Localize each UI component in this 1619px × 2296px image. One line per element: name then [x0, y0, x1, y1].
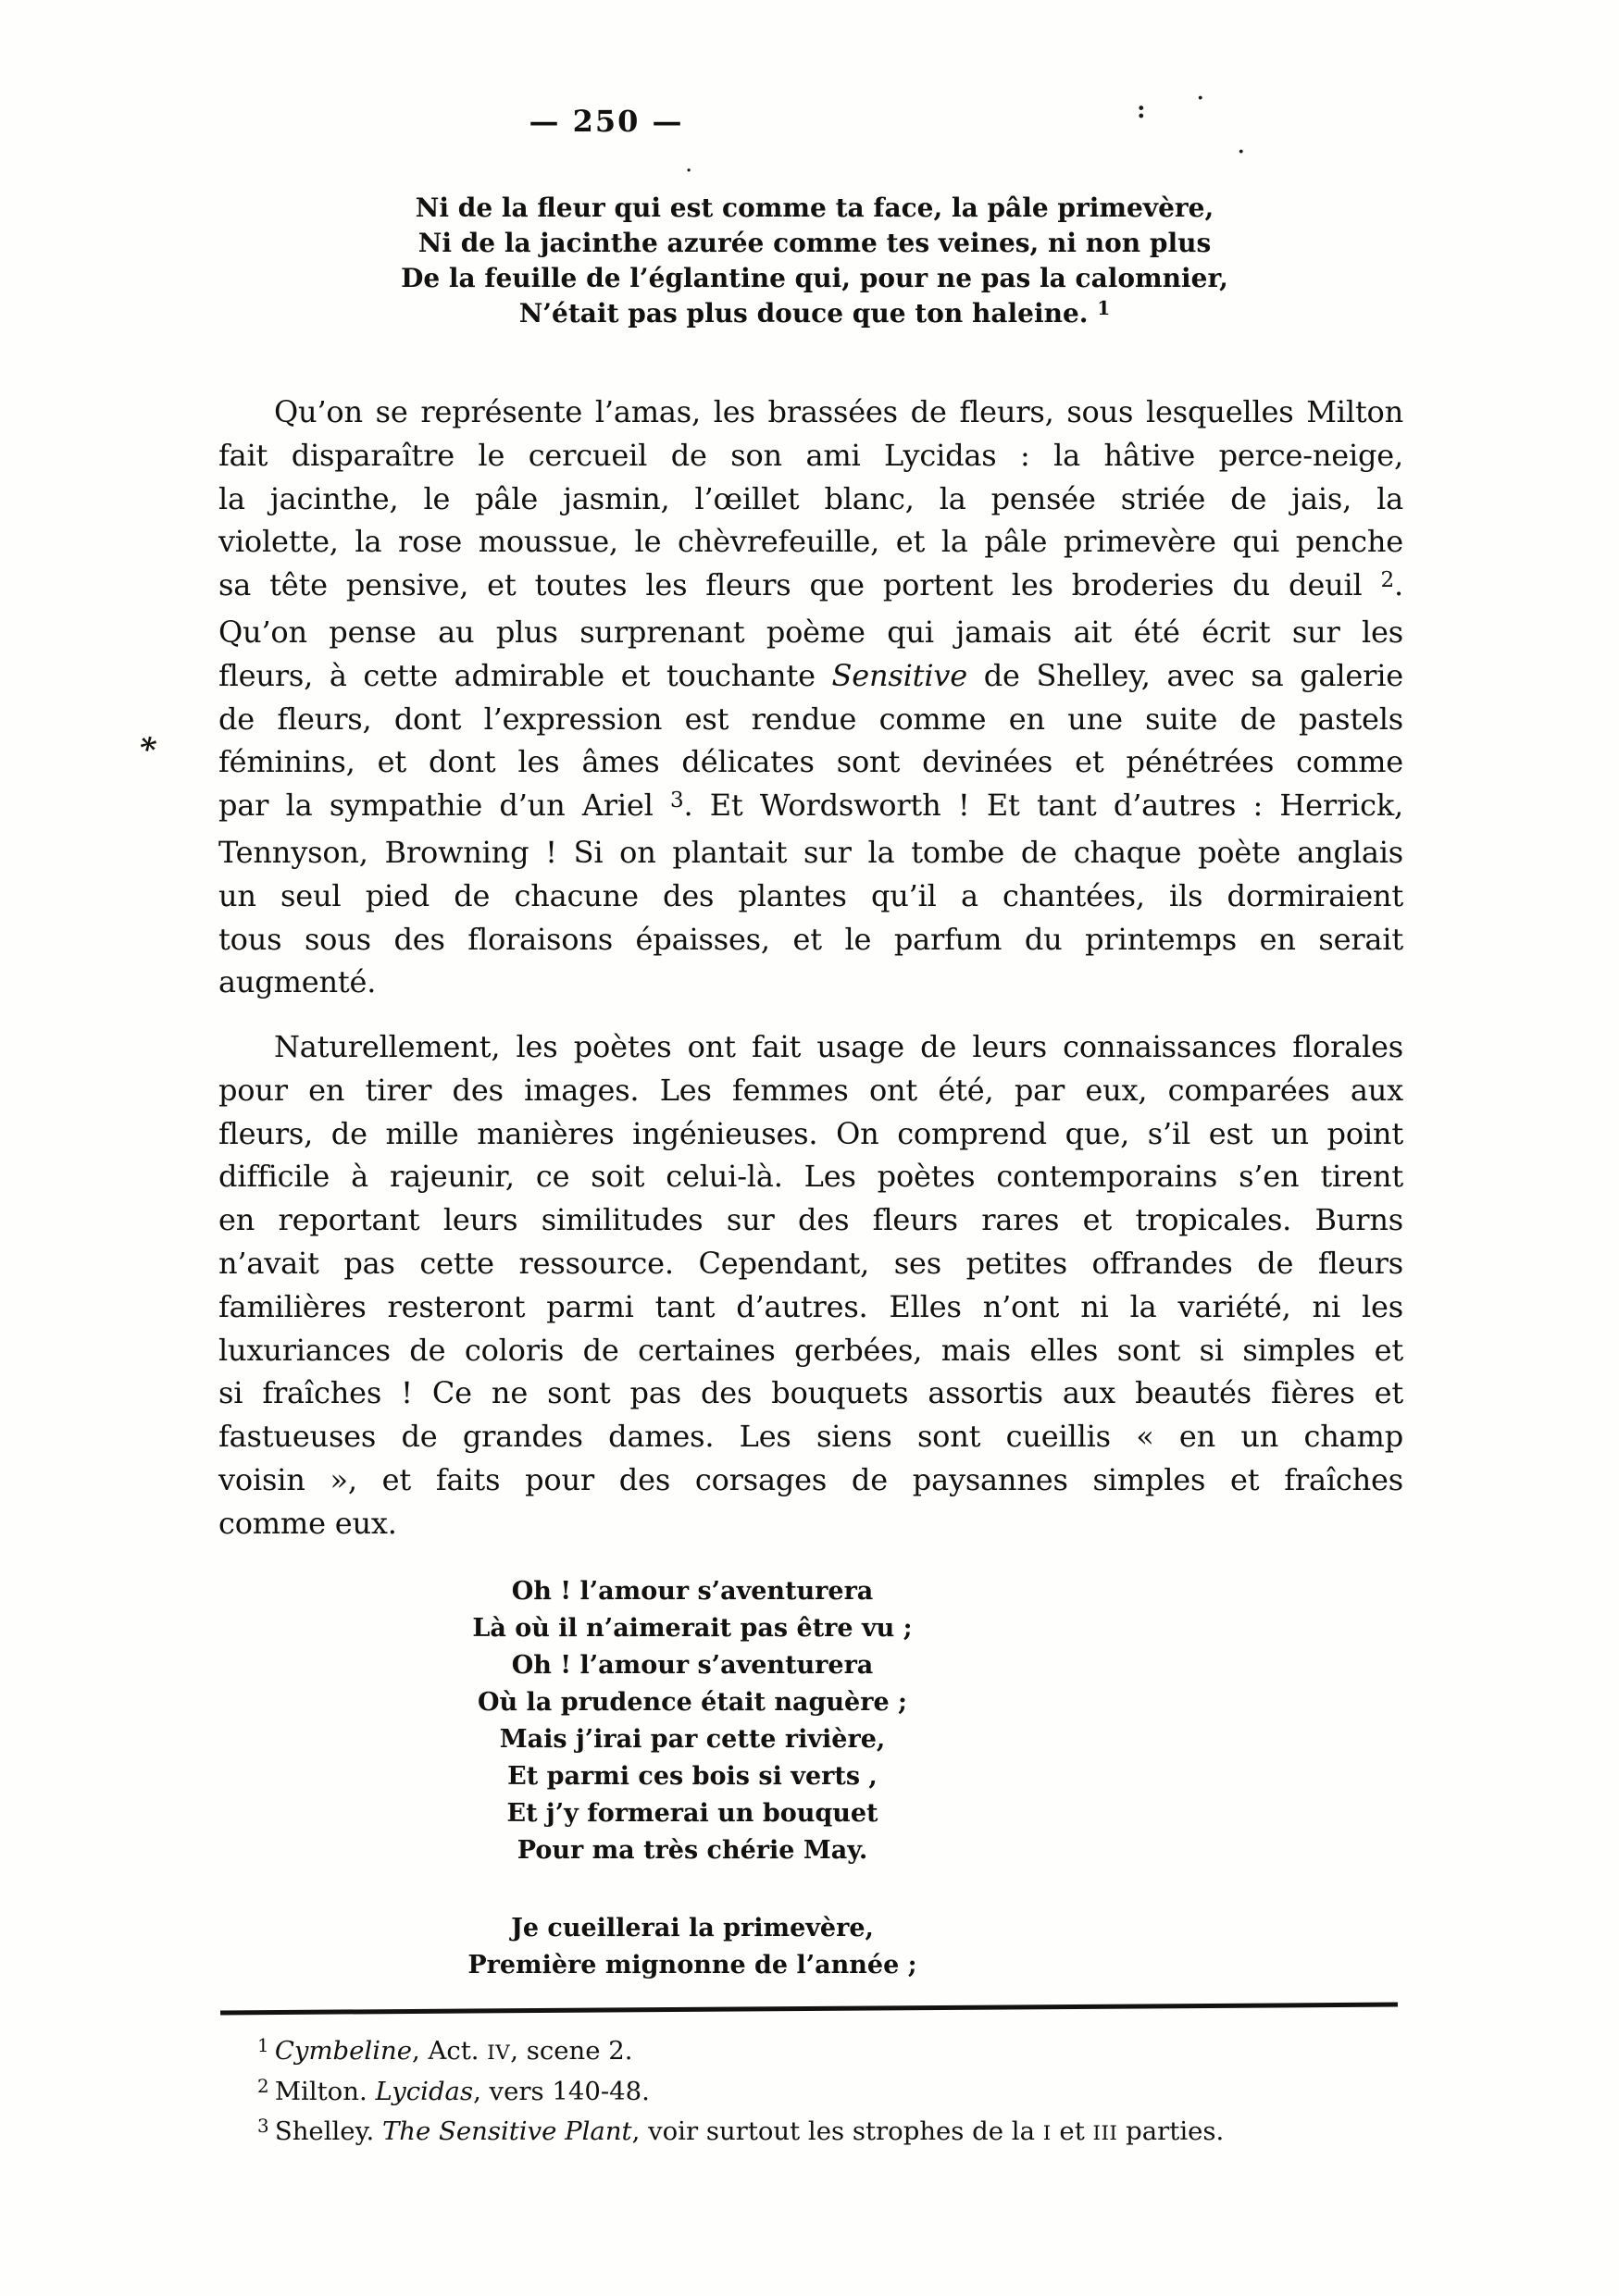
verse-line: Et parmi ces bois si verts , [222, 1758, 1163, 1795]
epigraph-line: De la feuille de l’églantine qui, pour n… [222, 261, 1407, 296]
ink-speck: · [1196, 85, 1205, 113]
paragraph-line: luxuriances de coloris de certaines gerb… [218, 1329, 1403, 1372]
text-segment: , vers 140-48. [473, 2077, 650, 2106]
text-segment: de Shelley, avec sa galerie [967, 658, 1403, 693]
text-segment: , Act. [412, 2036, 487, 2066]
text-segment: fleurs, à cette admirable et touchante [218, 658, 832, 693]
text-segment: Sensitive [832, 658, 967, 693]
paragraph-line: en reportant leurs similitudes sur des f… [218, 1198, 1403, 1242]
text-segment: Milton. [275, 2077, 376, 2106]
text-segment: . Et Wordsworth ! Et tant d’autres : Her… [683, 788, 1403, 823]
paragraph-line: par la sympathie d’un Ariel 3. Et Wordsw… [218, 784, 1403, 831]
text-segment: IV [487, 2042, 510, 2065]
verse-line: Où la prudence était naguère ; [222, 1684, 1163, 1721]
verse-line: Je cueillerai la primevère, [222, 1910, 1163, 1947]
text-segment: 1 [1097, 297, 1110, 319]
paragraph-line: Qu’on pense au plus surprenant poème qui… [218, 611, 1403, 654]
paragraph-line: violette, la rose moussue, le chèvrefeui… [218, 520, 1403, 564]
epigraph-line: Ni de la fleur qui est comme ta face, la… [222, 191, 1407, 226]
verse-line: Oh ! l’amour s’aventurera [222, 1573, 1163, 1610]
paragraph-line: familières resteront parmi tant d’autres… [218, 1285, 1403, 1329]
paragraph-line: fleurs, de mille manières ingénieuses. O… [218, 1112, 1403, 1156]
verse-line: Première mignonne de l’année ; [222, 1947, 1163, 1984]
paragraph-1: Qu’on se représente l’amas, les brassées… [218, 391, 1403, 1004]
text-segment: 2 [1381, 568, 1394, 592]
verse-line: Là où il n’aimerait pas être vu ; [222, 1610, 1163, 1647]
footnote: 1 Cymbeline, Act. IV, scene 2. [218, 2032, 1403, 2073]
paragraph-line: pour en tirer des images. Les femmes ont… [218, 1069, 1403, 1112]
paragraph-line: un seul pied de chacune des plantes qu’i… [218, 875, 1403, 918]
paragraph-line: augmenté. [218, 961, 1403, 1004]
verse-line: Et j’y formerai un bouquet [222, 1795, 1163, 1832]
epigraph-line: Ni de la jacinthe azurée comme tes veine… [222, 226, 1407, 261]
text-segment: et [1052, 2116, 1093, 2146]
text-segment: , voir surtout les strophes de la [632, 2116, 1043, 2146]
text-segment: 2 [257, 2076, 275, 2097]
paragraph-line: Qu’on se représente l’amas, les brassées… [218, 391, 1403, 434]
paragraph-line: fleurs, à cette admirable et touchante S… [218, 654, 1403, 698]
paragraph-line: difficile à rajeunir, ce soit celui-là. … [218, 1155, 1403, 1198]
paragraph-line: si fraîches ! Ce ne sont pas des bouquet… [218, 1371, 1403, 1415]
text-segment: , scene 2. [510, 2036, 632, 2066]
paragraph-line: voisin », et faits pour des corsages de … [218, 1458, 1403, 1502]
paragraph-line: tous sous des floraisons épaisses, et le… [218, 918, 1403, 962]
text-segment: parties. [1117, 2116, 1224, 2146]
text-segment: sa tête pensive, et toutes les fleurs qu… [218, 567, 1381, 602]
text-segment: I [1043, 2122, 1052, 2145]
paragraph-line: comme eux. [218, 1502, 1403, 1545]
text-segment: III [1093, 2122, 1118, 2145]
footnote-rule [220, 2003, 1398, 2016]
ink-speck: : [1137, 98, 1146, 122]
footnotes: 1 Cymbeline, Act. IV, scene 2.2 Milton. … [218, 2032, 1403, 2153]
paragraph-2: Naturellement, les poètes ont fait usage… [218, 1025, 1403, 1545]
text-segment: Cymbeline [275, 2036, 412, 2066]
text-segment: 1 [257, 2035, 275, 2056]
text-segment: par la sympathie d’un Ariel [218, 788, 670, 823]
verse-line: Oh ! l’amour s’aventurera [222, 1647, 1163, 1684]
paragraph-line: n’avait pas cette ressource. Cependant, … [218, 1242, 1403, 1285]
text-segment: The Sensitive Plant [382, 2116, 632, 2146]
ink-speck: · [685, 159, 692, 183]
paragraph-line: sa tête pensive, et toutes les fleurs qu… [218, 564, 1403, 611]
text-segment: Shelley. [275, 2116, 382, 2146]
epigraph-quatrain: Ni de la fleur qui est comme ta face, la… [222, 191, 1407, 333]
verse-line: Mais j’irai par cette rivière, [222, 1721, 1163, 1758]
text-segment: Lycidas [375, 2077, 473, 2106]
footnote: 3 Shelley. The Sensitive Plant, voir sur… [218, 2113, 1403, 2153]
verse-line: Pour ma très chérie May. [222, 1832, 1163, 1869]
song-stanza-2: Je cueillerai la primevère,Première mign… [222, 1910, 1163, 1984]
text-segment: 3 [257, 2116, 275, 2137]
footnote: 2 Milton. Lycidas, vers 140-48. [218, 2073, 1403, 2114]
paragraph-line: la jacinthe, le pâle jasmin, l’œillet bl… [218, 478, 1403, 521]
text-segment: 3 [670, 788, 683, 813]
epigraph-line: N’était pas plus douce que ton haleine. … [222, 296, 1407, 333]
page-number: — 250 — [529, 104, 683, 139]
song-stanza-1: Oh ! l’amour s’aventureraLà où il n’aime… [222, 1573, 1163, 1869]
ink-speck: · [1237, 139, 1246, 167]
text-segment: . [1394, 567, 1403, 602]
paragraph-line: fait disparaître le cercueil de son ami … [218, 434, 1403, 478]
paragraph-line: Tennyson, Browning ! Si on plantait sur … [218, 831, 1403, 875]
margin-pencil-mark: * [134, 729, 159, 769]
paragraph-line: féminins, et dont les âmes délicates son… [218, 740, 1403, 784]
book-page-scan: : · · · * — 250 — Ni de la fleur qui est… [0, 0, 1619, 2296]
paragraph-line: de fleurs, dont l’expression est rendue … [218, 698, 1403, 741]
text-segment: N’était pas plus douce que ton haleine. [519, 298, 1098, 329]
paragraph-line: Naturellement, les poètes ont fait usage… [218, 1025, 1403, 1069]
paragraph-line: fastueuses de grandes dames. Les siens s… [218, 1415, 1403, 1458]
